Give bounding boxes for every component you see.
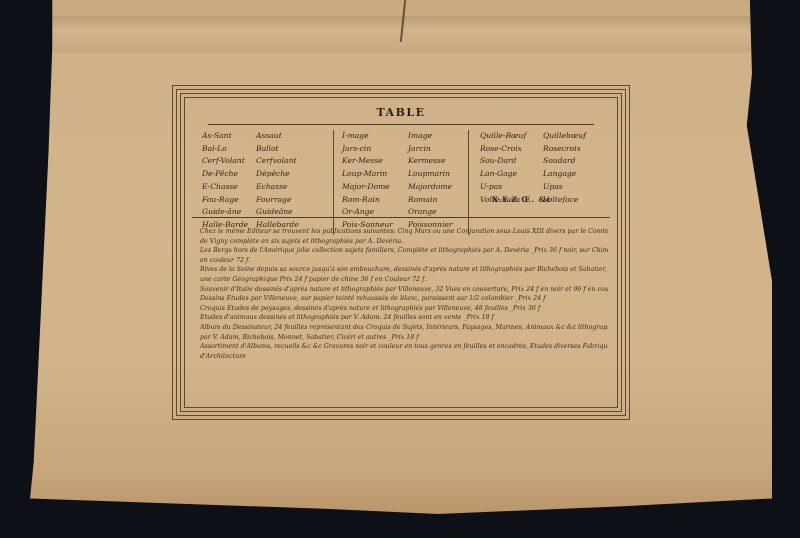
list-item: Assaut [256, 130, 299, 143]
list-item: Ker-Messe [342, 155, 393, 168]
paragraph-line: Les Bergs hors de l'Amérique jolie colle… [200, 246, 608, 256]
list-item: U-pas [480, 181, 526, 194]
list-item: Dépêche [256, 168, 299, 181]
list-item: Upas [543, 181, 586, 194]
paragraph-line: Assortiment d'Albums, recueils &c &c Gra… [200, 342, 608, 352]
list-item: E-Chasse [202, 181, 248, 194]
paragraph-line: par V. Adam, Bichebois, Monnet, Sabatier… [200, 333, 608, 343]
list-item: Fou-Rage [202, 194, 248, 207]
title-rule [208, 124, 594, 125]
list-item: Loup-Marin [342, 168, 393, 181]
list-item: Langage [543, 168, 586, 181]
list-item: Kermesse [408, 155, 453, 168]
list-item: Cerfvolant [256, 155, 299, 168]
paper-tear [400, 0, 406, 42]
list-item: Bal-Lo [202, 143, 248, 156]
list-item: Cerf-Volant [202, 155, 248, 168]
list-item: Lan-Gage [480, 168, 526, 181]
paragraph-line: Etudes d'animaux dessinés et lithographi… [200, 313, 608, 323]
paragraph-line: en couleur 72 f. [200, 256, 608, 266]
column-divider [333, 130, 334, 235]
xyz-line: X.Y.Z.Œ. &c [492, 195, 552, 204]
section-rule [192, 217, 610, 218]
paragraph-line: Chez le même Editeur se trouvent les pub… [200, 227, 608, 237]
publications-paragraph: Chez le même Editeur se trouvent les pub… [200, 227, 608, 361]
paragraph-line: Dessins Etudes par Villeneuve, sur papie… [200, 294, 608, 304]
table-frame: TABLE As-Sant Bal-Lo Cerf-Volant De-Pêch… [172, 85, 630, 420]
list-item: Major-Dome [342, 181, 393, 194]
list-item: Echasse [256, 181, 299, 194]
list-item: Ballot [256, 143, 299, 156]
list-item: Image [408, 130, 453, 143]
list-item: Rom-Rain [342, 194, 393, 207]
list-item: I-mage [342, 130, 393, 143]
list-item: Romain [408, 194, 453, 207]
list-item: Fourrage [256, 194, 299, 207]
list-item: Majordome [408, 181, 453, 194]
paragraph-line: de Vigny complète en six sujets et litho… [200, 237, 608, 247]
paragraph-line: Album du Dessinateur, 24 feuilles représ… [200, 323, 608, 333]
list-item: Sou-Dard [480, 155, 526, 168]
paragraph-line: Souvenir d'Italie dessinés d'après natur… [200, 285, 608, 295]
list-item: Loupmarin [408, 168, 453, 181]
paragraph-line: une carte Géographique Prix 24 f papier … [200, 275, 608, 285]
column-divider [468, 130, 469, 235]
list-item: Rose-Croix [480, 143, 526, 156]
list-item: Rosecroix [543, 143, 586, 156]
list-item: Quillebœuf [543, 130, 586, 143]
paragraph-line: Croquis Etudes de paysages, dessinés d'a… [200, 304, 608, 314]
list-item: Soudard [543, 155, 586, 168]
paragraph-line: d'Architecture [200, 352, 608, 362]
list-item: Jarcin [408, 143, 453, 156]
list-item: De-Pêche [202, 168, 248, 181]
page-title: TABLE [172, 106, 630, 119]
list-item: As-Sant [202, 130, 248, 143]
paragraph-line: Rives de la Seine depuis sa source jusqu… [200, 265, 608, 275]
list-item: Quille-Bœuf [480, 130, 526, 143]
list-item: Jars-cin [342, 143, 393, 156]
